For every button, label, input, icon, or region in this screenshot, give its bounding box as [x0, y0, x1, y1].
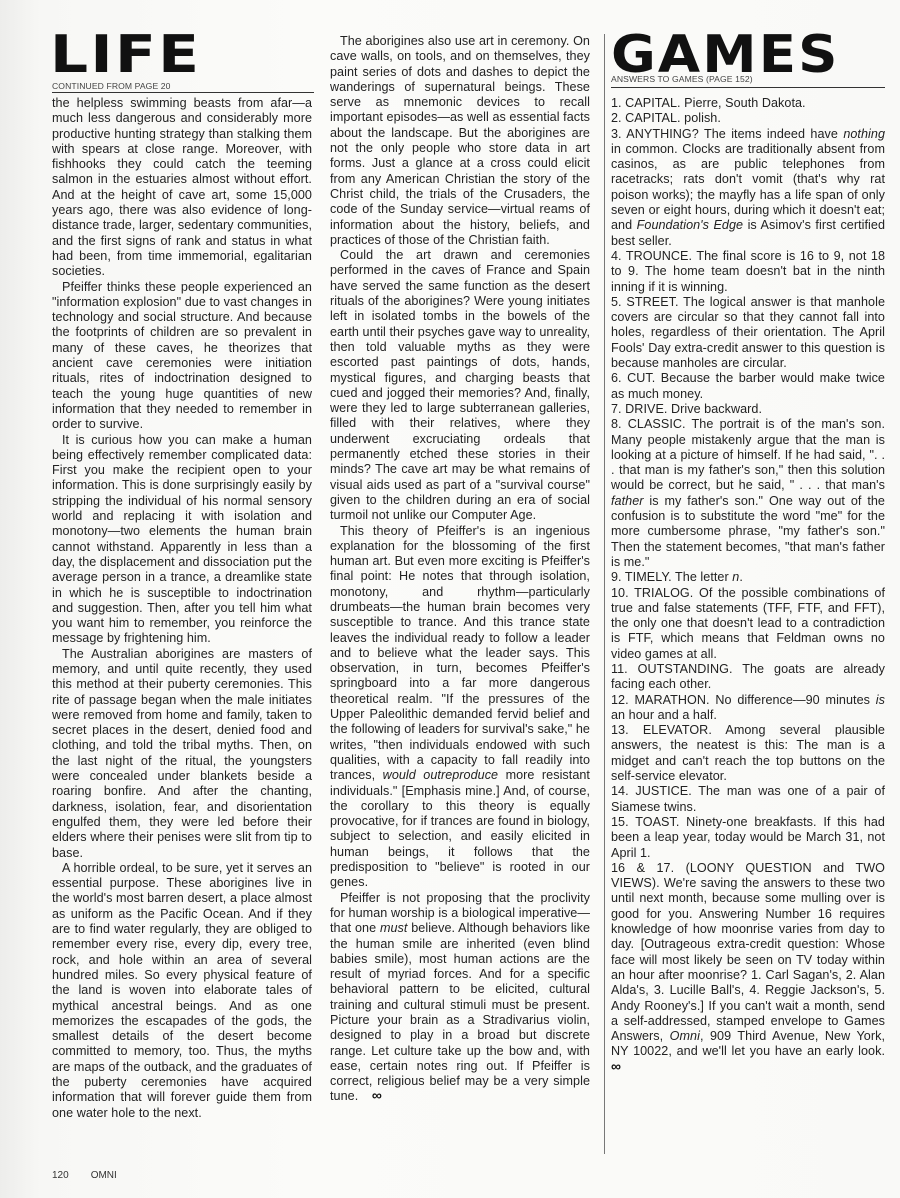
article-column-middle: The aborigines also use art in ceremony.… [330, 34, 590, 1105]
paragraph: This theory of Pfeiffer's is an ingeniou… [330, 524, 590, 891]
paragraph: the helpless swimming beasts from afar—a… [52, 96, 312, 280]
answer-7: 7. DRIVE. Drive backward. [611, 402, 885, 417]
answer-1: 1. CAPITAL. Pierre, South Dakota. [611, 96, 885, 111]
paragraph: Could the art drawn and ceremonies perfo… [330, 248, 590, 523]
answer-6: 6. CUT. Because the barber would make tw… [611, 371, 885, 402]
page-folio: 120OMNI [52, 1170, 139, 1181]
paragraph: A horrible ordeal, to be sure, yet it se… [52, 861, 312, 1121]
answer-8: 8. CLASSIC. The portrait is of the man's… [611, 417, 885, 570]
text-run: This theory of Pfeiffer's is an ingeniou… [330, 524, 590, 783]
header-rule-left [52, 92, 314, 93]
column-divider [604, 34, 605, 1154]
text-run: is my father's son." One way out of the … [611, 494, 885, 569]
emphasis-text: would outreproduce [383, 768, 498, 782]
answer-13: 13. ELEVATOR. Among several plausible an… [611, 723, 885, 784]
answer-9: 9. TIMELY. The letter n. [611, 570, 885, 585]
answer-2: 2. CAPITAL. polish. [611, 111, 885, 126]
magazine-name: OMNI [91, 1170, 117, 1181]
book-title: Foundation's Edge [637, 218, 743, 232]
paragraph: The aborigines also use art in ceremony.… [330, 34, 590, 248]
text-run: 9. TIMELY. The letter [611, 570, 732, 584]
text-run: more resistant individuals." [Emphasis m… [330, 768, 590, 889]
header-rule-right [611, 87, 885, 88]
magazine-page: LIFE CONTINUED FROM PAGE 20 the helpless… [0, 0, 900, 1198]
emphasis-text: must [380, 921, 408, 935]
answer-14: 14. JUSTICE. The man was one of a pair o… [611, 784, 885, 815]
emphasis-text: is [876, 693, 885, 707]
answer-12: 12. MARATHON. No difference—90 minutes i… [611, 693, 885, 724]
continued-from-kicker: CONTINUED FROM PAGE 20 [52, 81, 171, 91]
paragraph: It is curious how you can make a human b… [52, 433, 312, 647]
answer-3: 3. ANYTHING? The items indeed have nothi… [611, 127, 885, 249]
page-number: 120 [52, 1170, 69, 1181]
answers-kicker: ANSWERS TO GAMES (PAGE 152) [611, 74, 753, 84]
paragraph: The Australian aborigines are masters of… [52, 647, 312, 861]
text-run: 12. MARATHON. No difference—90 minutes [611, 693, 876, 707]
article-column-left: the helpless swimming beasts from afar—a… [52, 96, 312, 1121]
answer-16-17: 16 & 17. (LOONY QUESTION and TWO VIEWS).… [611, 861, 885, 1075]
omni-end-mark-icon: ∞ [362, 1090, 380, 1100]
text-run: 8. CLASSIC. The portrait is of the man's… [611, 417, 885, 492]
paragraph: Pfeiffer thinks these people experienced… [52, 280, 312, 433]
answer-10: 10. TRIALOG. Of the possible combination… [611, 586, 885, 662]
emphasis-text: father [611, 494, 644, 508]
paragraph: Pfeiffer is not proposing that the procl… [330, 891, 590, 1105]
section-title-games: GAMES [611, 30, 840, 80]
games-answers-column: 1. CAPITAL. Pierre, South Dakota. 2. CAP… [611, 96, 885, 1075]
text-run: an hour and a half. [611, 708, 717, 722]
magazine-name: Omni [670, 1029, 700, 1043]
answer-15: 15. TOAST. Ninety-one breakfasts. If thi… [611, 815, 885, 861]
text-run: 3. ANYTHING? The items indeed have [611, 127, 843, 141]
emphasis-text: nothing [843, 127, 885, 141]
text-run: believe. Although behaviors like the hum… [330, 921, 590, 1103]
answer-5: 5. STREET. The logical answer is that ma… [611, 295, 885, 371]
text-run: . [739, 570, 743, 584]
section-title-life: LIFE [50, 30, 201, 80]
omni-end-mark-icon: ∞ [611, 1061, 619, 1071]
answer-11: 11. OUTSTANDING. The goats are already f… [611, 662, 885, 693]
text-run: 16 & 17. (LOONY QUESTION and TWO VIEWS).… [611, 861, 885, 1043]
answer-4: 4. TROUNCE. The final score is 16 to 9, … [611, 249, 885, 295]
